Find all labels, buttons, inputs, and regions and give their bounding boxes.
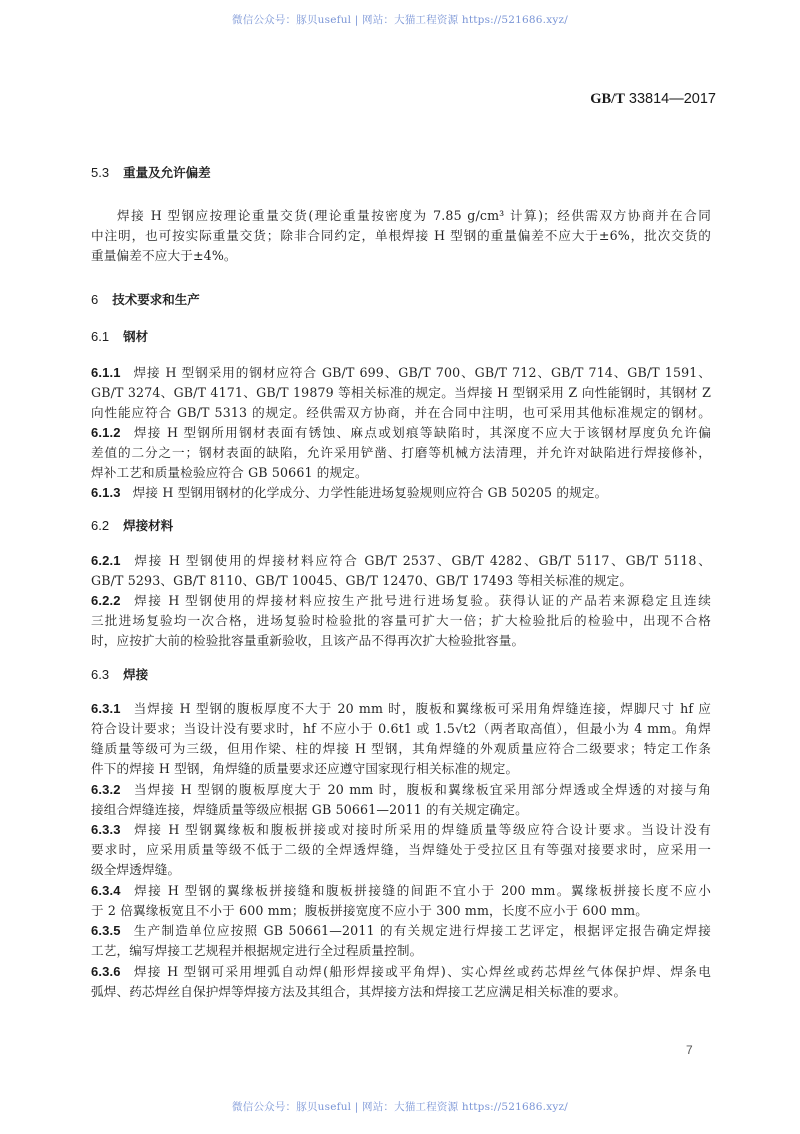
clause-6-3-3: 6.3.3焊接 H 型钢翼缘板和腹板拼接或对接时所采用的焊缝质量等级应符合设计要…: [91, 819, 711, 838]
clause-number: 6.2.1: [91, 553, 121, 568]
heading-6-3: 6.3焊接: [91, 665, 148, 683]
paragraph-line: GB/T 5293、GB/T 8110、GB/T 10045、GB/T 1247…: [91, 570, 711, 589]
heading-6: 6技术要求和生产: [91, 290, 200, 308]
clause-number: 6.3.5: [91, 923, 121, 938]
paragraph-line: 要求时，应采用质量等级不低于二级的全焊透焊缝，当焊缝处于受拉区且有等强对接要求时…: [91, 839, 711, 858]
paragraph-line: 焊接 H 型钢应按理论重量交货(理论重量按密度为 7.85 g/cm³ 计算)；…: [117, 205, 711, 224]
clause-number: 6.3.2: [91, 782, 121, 797]
clause-number: 6.1.2: [91, 425, 121, 440]
paragraph-line: 差值的二分之一；钢材表面的缺陷，允许采用铲凿、打磨等机械方法清理，并允许对缺陷进…: [91, 442, 711, 461]
paragraph-line: 中注明，也可按实际重量交货；除非合同约定，单根焊接 H 型钢的重量偏差不应大于±…: [91, 225, 711, 244]
paragraph-line: 于 2 倍翼缘板宽且不小于 600 mm；腹板拼接宽度不应小于 300 mm，长…: [91, 900, 711, 919]
heading-6-1: 6.1钢材: [91, 327, 148, 345]
clause-6-3-1: 6.3.1当焊接 H 型钢的腹板厚度不大于 20 mm 时，腹板和翼缘板可采用角…: [91, 698, 711, 717]
paragraph-line: 接组合焊缝连接，焊缝质量等级应根据 GB 50661—2011 的有关规定确定。: [91, 799, 711, 818]
paragraph-line: 缝质量等级可为三级，但用作梁、柱的焊接 H 型钢，其角焊缝的外观质量应符合二级要…: [91, 738, 711, 757]
clause-6-2-2: 6.2.2焊接 H 型钢使用的焊接材料应按生产批号进行进场复验。获得认证的产品若…: [91, 590, 711, 609]
paragraph-line: GB/T 3274、GB/T 4171、GB/T 19879 等相关标准的规定。…: [91, 382, 711, 401]
paragraph-line: 符合设计要求；当设计没有要求时，hf 不应小于 0.6t1 或 1.5√t2（两…: [91, 718, 711, 737]
clause-number: 6.2.2: [91, 593, 121, 608]
paragraph-line: 三批进场复验均一次合格，进场复验时检验批的容量可扩大一倍；扩大检验批后的检验中，…: [91, 610, 711, 629]
clause-6-1-1: 6.1.1焊接 H 型钢采用的钢材应符合 GB/T 699、GB/T 700、G…: [91, 362, 711, 381]
watermark-top: 微信公众号：豚贝useful | 网站：大猫工程资源 https://52168…: [0, 12, 800, 27]
paragraph-line: 重量偏差不应大于±4%。: [91, 245, 711, 264]
paragraph-line: 弧焊、药芯焊丝自保护焊等焊接方法及其组合，其焊接方法和焊接工艺应满足相关标准的要…: [91, 981, 711, 1000]
clause-6-3-5: 6.3.5生产制造单位应按照 GB 50661—2011 的有关规定进行焊接工艺…: [91, 920, 711, 939]
paragraph-line: 向性能应符合 GB/T 5313 的规定。经供需双方协商，并在合同中注明，也可采…: [91, 402, 711, 421]
watermark-bottom: 微信公众号：豚贝useful | 网站：大猫工程资源 https://52168…: [0, 1099, 800, 1114]
clause-6-3-2: 6.3.2当焊接 H 型钢的腹板厚度大于 20 mm 时，腹板和翼缘板宜采用部分…: [91, 779, 711, 798]
clause-number: 6.3.1: [91, 701, 121, 716]
standard-prefix: GB/T: [590, 91, 625, 107]
standard-number: GB/T 33814—2017: [590, 91, 716, 108]
paragraph-line: 时，应按扩大前的检验批容量重新验收，且该产品不得再次扩大检验批容量。: [91, 630, 711, 649]
clause-number: 6.3.4: [91, 883, 121, 898]
clause-6-2-1: 6.2.1焊接 H 型钢使用的焊接材料应符合 GB/T 2537、GB/T 42…: [91, 550, 711, 569]
clause-6-1-3: 6.1.3焊接 H 型钢用钢材的化学成分、力学性能进场复验规则应符合 GB 50…: [91, 482, 711, 501]
clause-number: 6.3.3: [91, 822, 121, 837]
clause-6-3-4: 6.3.4焊接 H 型钢的翼缘板拼接缝和腹板拼接缝的间距不宜小于 200 mm。…: [91, 880, 711, 899]
page-number: 7: [686, 1043, 693, 1057]
clause-number: 6.1.1: [91, 365, 121, 380]
clause-6-1-2: 6.1.2焊接 H 型钢所用钢材表面有锈蚀、麻点或划痕等缺陷时，其深度不应大于该…: [91, 422, 711, 441]
clause-6-3-6: 6.3.6焊接 H 型钢可采用埋弧自动焊(船形焊接或平角焊)、实心焊丝或药芯焊丝…: [91, 961, 711, 980]
clause-number: 6.1.3: [91, 485, 121, 500]
paragraph-line: 焊补工艺和质量检验应符合 GB 50661 的规定。: [91, 462, 711, 481]
heading-5-3: 5.3重量及允许偏差: [91, 163, 211, 181]
paragraph-line: 工艺，编写焊接工艺规程并根据规定进行全过程质量控制。: [91, 940, 711, 959]
standard-code: 33814—2017: [629, 91, 716, 107]
paragraph-line: 级全焊透焊缝。: [91, 859, 711, 878]
clause-number: 6.3.6: [91, 964, 121, 979]
paragraph-line: 件下的焊接 H 型钢，角焊缝的质量要求还应遵守国家现行相关标准的规定。: [91, 758, 711, 777]
heading-6-2: 6.2焊接材料: [91, 516, 173, 534]
